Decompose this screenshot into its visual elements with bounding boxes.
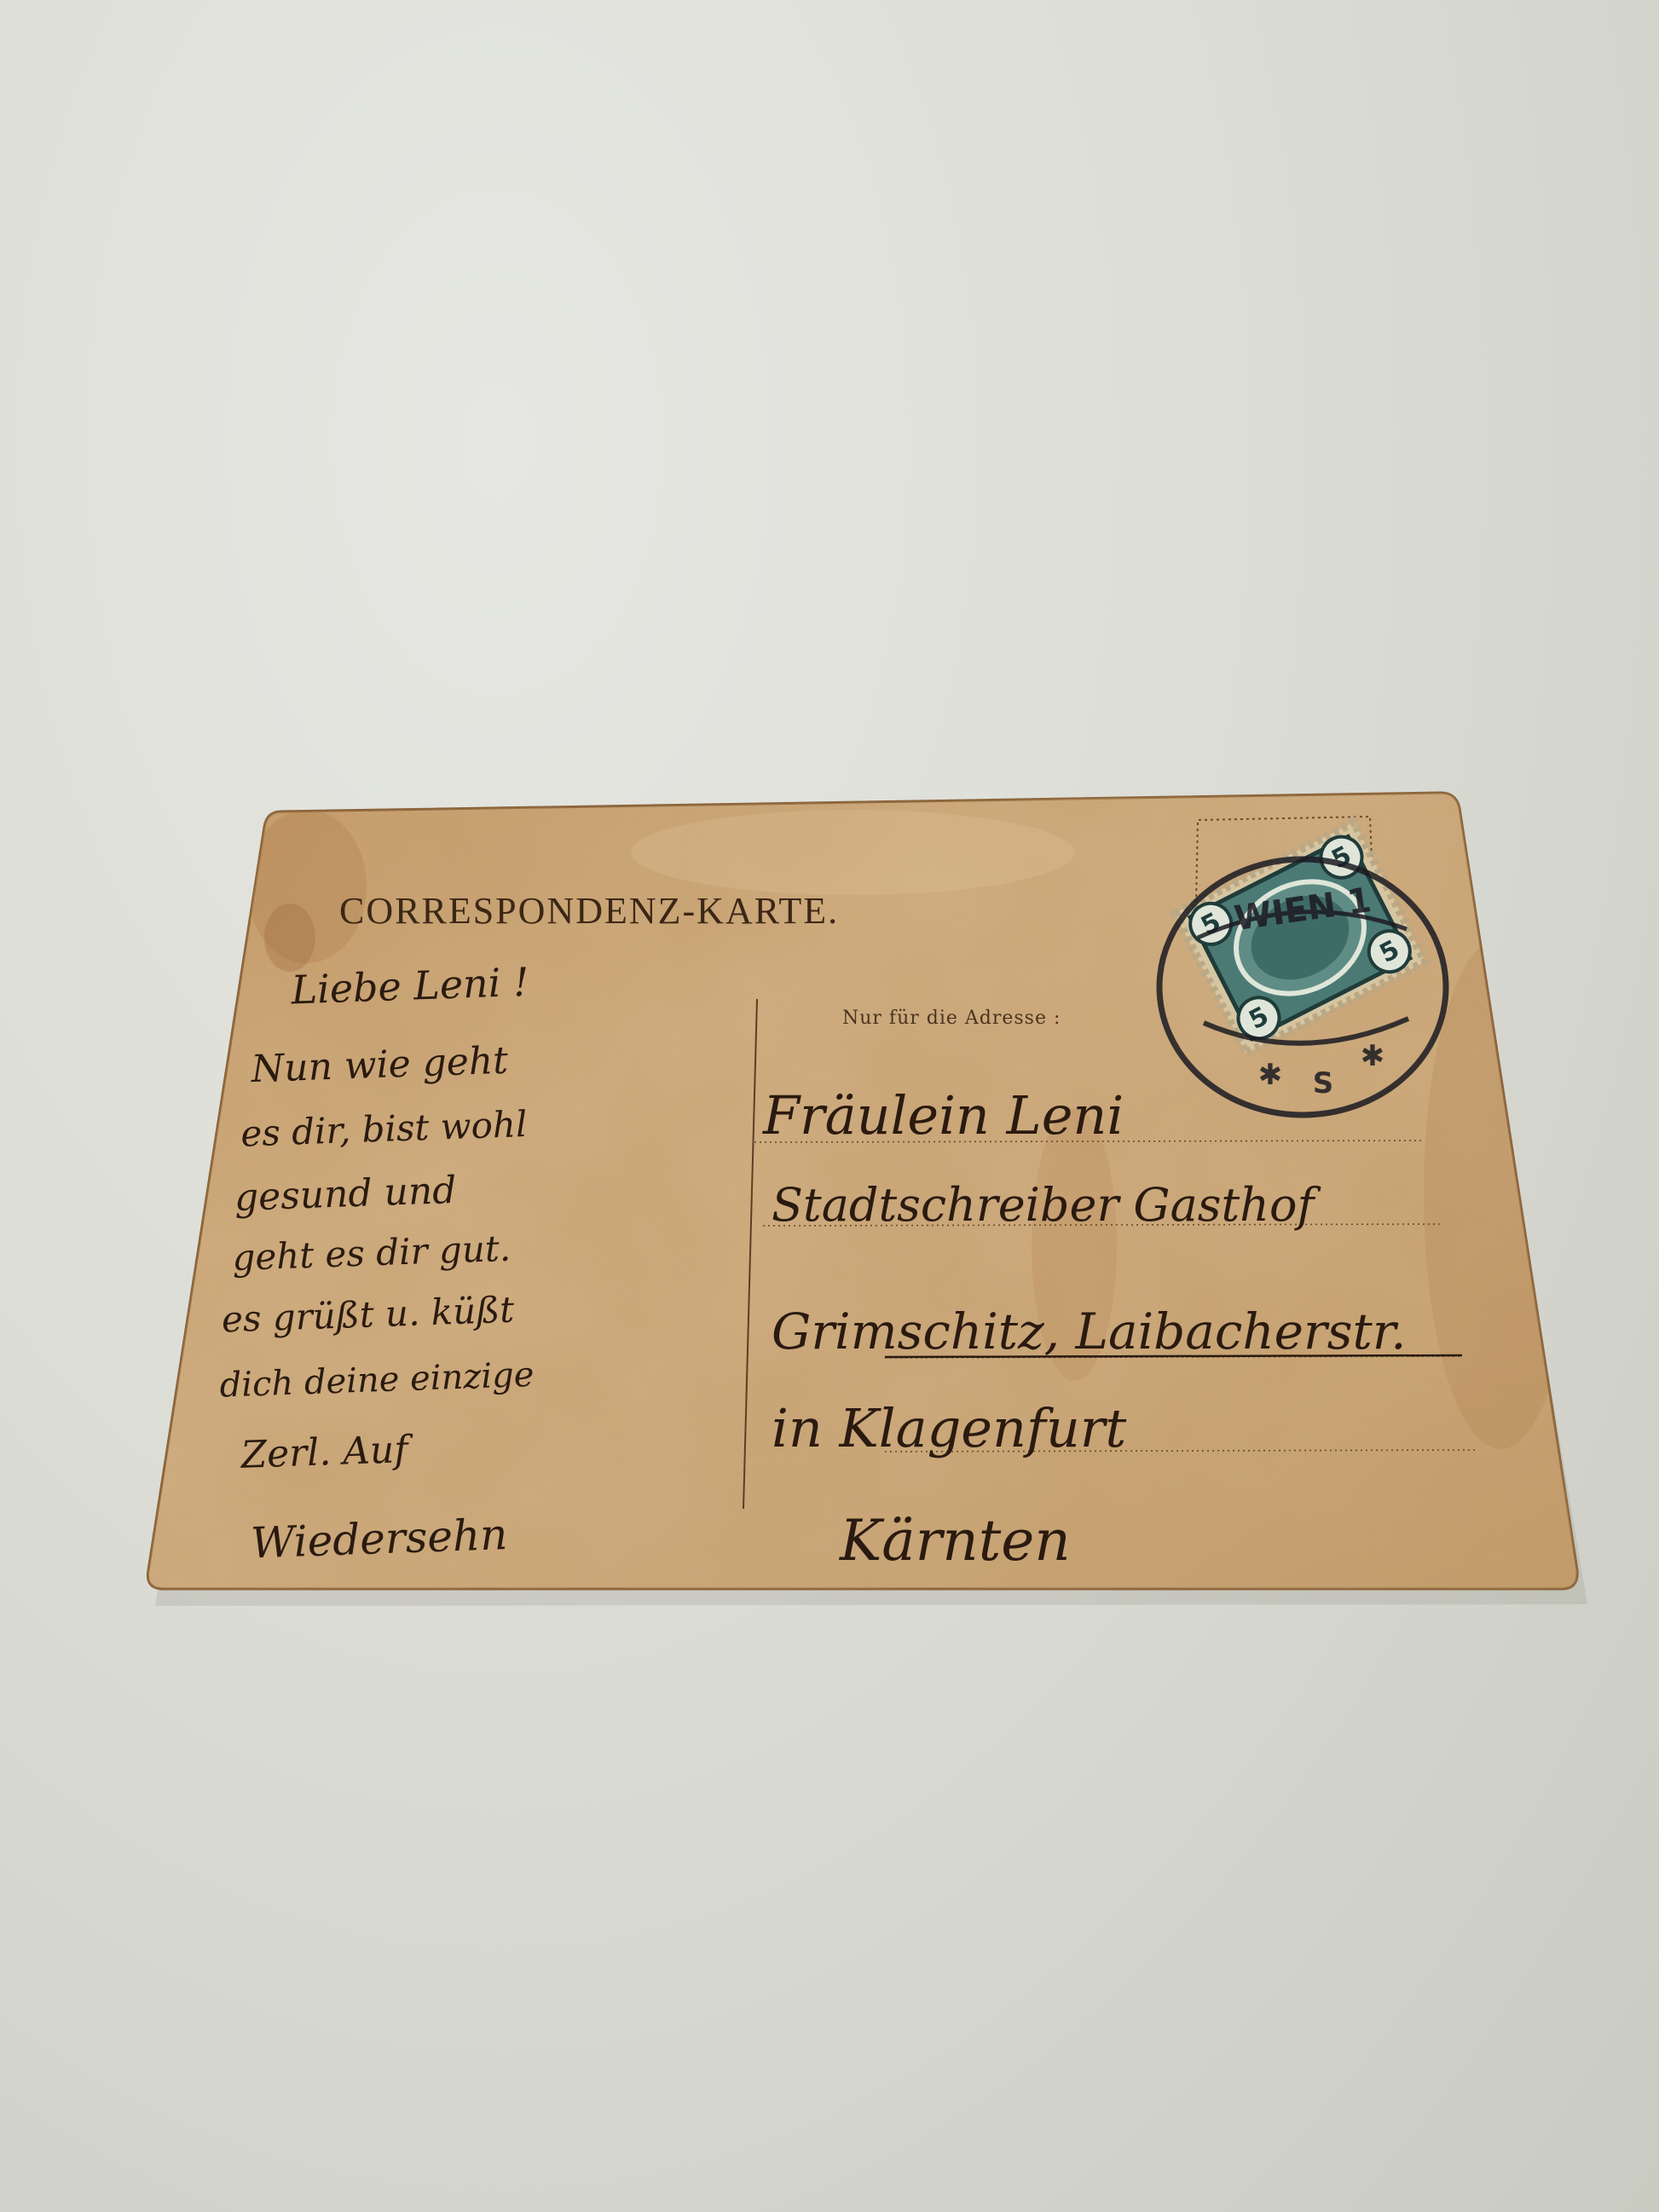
card-heading: CORRESPONDENZ-KARTE. [339, 890, 839, 932]
address-label: Nur für die Adresse : [842, 1008, 1061, 1029]
message-line: Zerl. Auf [239, 1428, 414, 1477]
address-line: Grimschitz, Laibacherstr. [772, 1302, 1407, 1360]
message-line: gesund und [234, 1169, 457, 1220]
postmark-code: S [1313, 1066, 1334, 1100]
message-line: Nun wie geht [250, 1039, 509, 1092]
address-line: Fräulein Leni [762, 1084, 1124, 1146]
postmark-star-right: ✱ [1361, 1039, 1385, 1073]
address-line: Kärnten [839, 1508, 1071, 1574]
message-line: Liebe Leni ! [290, 959, 530, 1014]
postmark-star-left: ✱ [1258, 1058, 1283, 1092]
address-line: in Klagenfurt [772, 1397, 1126, 1459]
address-line: Stadtschreiber Gasthof [772, 1178, 1321, 1232]
photo-scene: CORRESPONDENZ-KARTE. Nur für die Adresse… [0, 0, 1659, 2212]
postcard: CORRESPONDENZ-KARTE. Nur für die Adresse… [136, 784, 1594, 1603]
message-line: Wiedersehn [250, 1510, 508, 1568]
